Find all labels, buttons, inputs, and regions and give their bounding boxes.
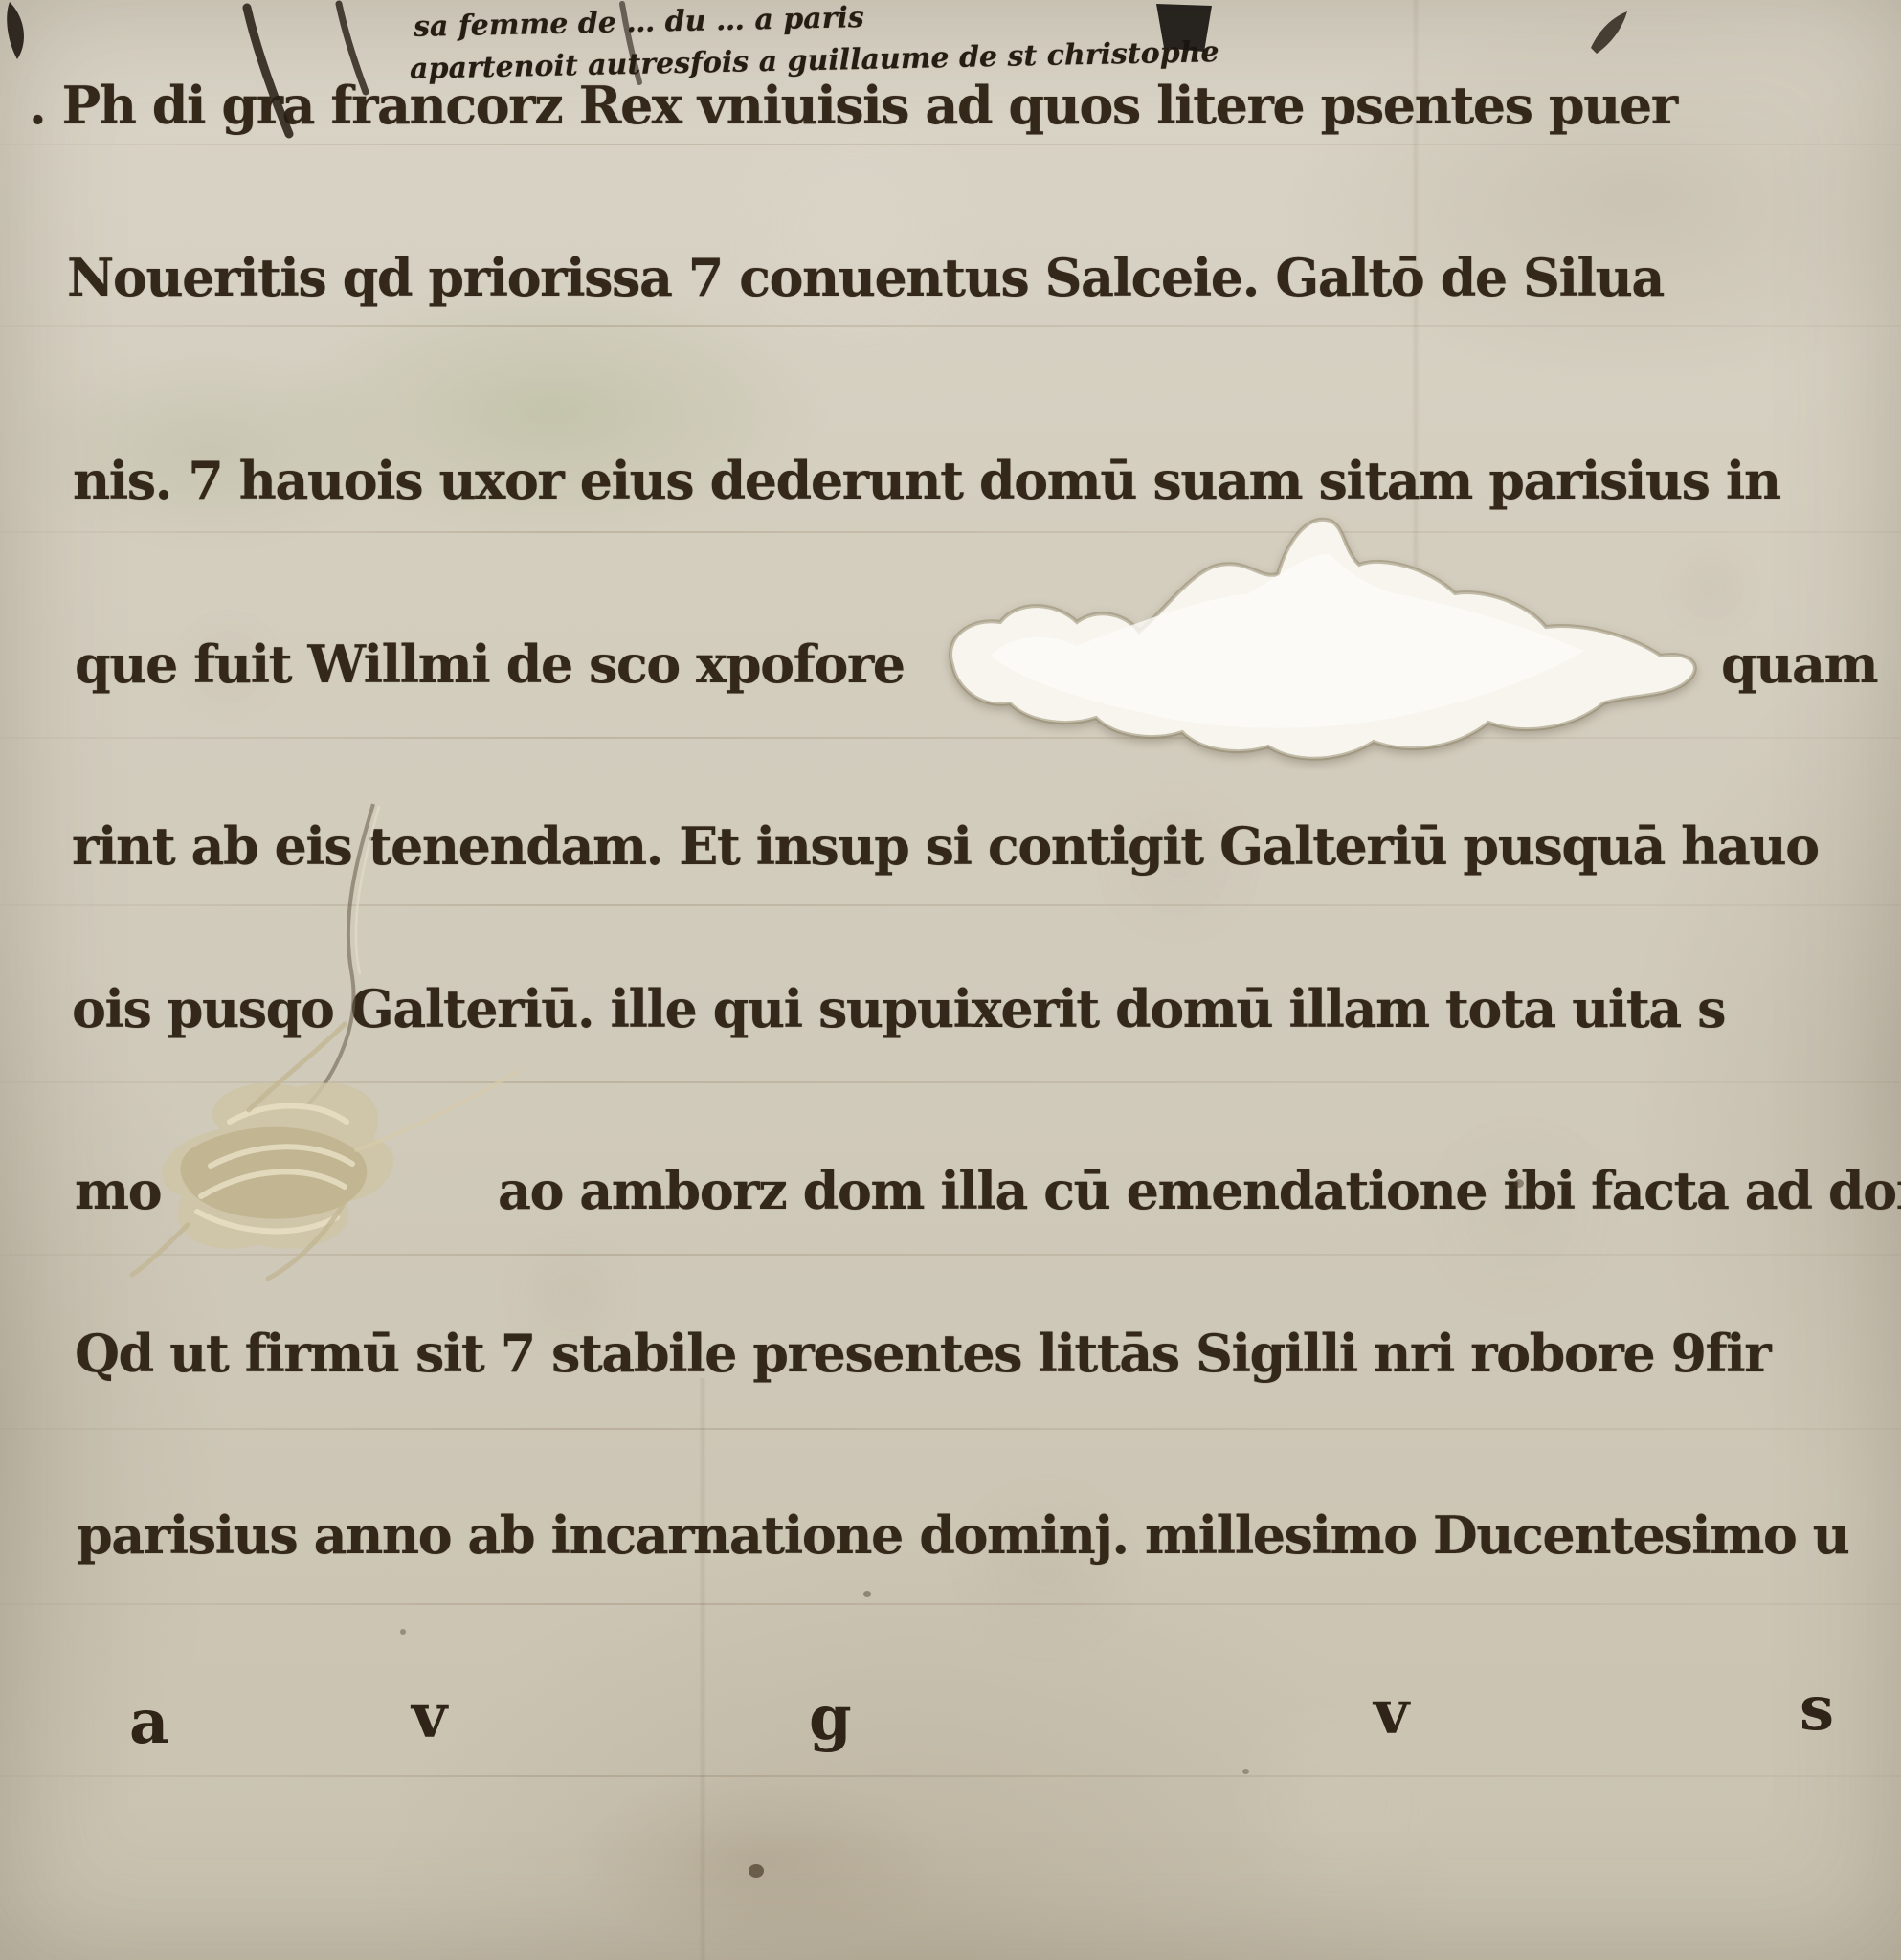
ruling-line — [0, 1254, 1901, 1256]
charter-line-4-before-hole: que fuit Willmi de sco xpofore — [75, 634, 905, 695]
ink-speck — [1242, 1769, 1249, 1774]
ruling-line — [0, 1428, 1901, 1430]
ruling-line — [0, 1775, 1901, 1777]
ruling-line — [0, 325, 1901, 327]
ink-speck — [749, 1864, 764, 1878]
fold-crease — [699, 1378, 706, 1960]
annotation-line-1: sa femme de … du … a paris — [414, 1, 864, 44]
charter-line-5: rint ab eis tenendam. Et insup si contig… — [72, 815, 1819, 877]
ink-speck — [1514, 1179, 1524, 1188]
ink-speck — [863, 1591, 871, 1597]
ruling-line — [0, 531, 1901, 533]
charter-line-4-after-hole: quam — [1721, 634, 1877, 695]
bottom-letter-1: a — [129, 1686, 168, 1758]
charter-line-2: Noueritis qd priorissa 7 conuentus Salce… — [67, 247, 1664, 308]
charter-line-7-before-thread: mo — [75, 1160, 161, 1221]
parchment-hole — [933, 512, 1718, 770]
bottom-letter-5: s — [1800, 1673, 1834, 1745]
charter-line-9: parisius anno ab incarnatione dominj. mi… — [77, 1504, 1848, 1566]
ruling-line — [0, 144, 1901, 145]
charter-line-7-after-thread: ao amborz dom illa cū emendatione ibi fa… — [498, 1160, 1901, 1221]
ruling-line — [0, 1603, 1901, 1605]
bottom-letter-2: v — [412, 1681, 447, 1752]
manuscript-photo: sa femme de … du … a paris apartenoit au… — [0, 0, 1901, 1960]
charter-line-1: . Ph di gra francorz Rex vniuisis ad quo… — [29, 75, 1677, 136]
charter-line-8: Qd ut firmū sit 7 stabile presentes litt… — [75, 1323, 1770, 1384]
bottom-letter-3: g — [809, 1682, 852, 1754]
ruling-line — [0, 904, 1901, 906]
bottom-letter-4: v — [1374, 1677, 1409, 1748]
charter-line-3: nis. 7 hauois uxor eius dederunt domū su… — [73, 450, 1780, 511]
ruling-line — [0, 1081, 1901, 1083]
charter-line-6: ois pusqo Galteriū. ille qui supuixerit … — [72, 978, 1725, 1039]
ruling-line — [0, 737, 1901, 739]
ink-speck — [400, 1629, 406, 1635]
